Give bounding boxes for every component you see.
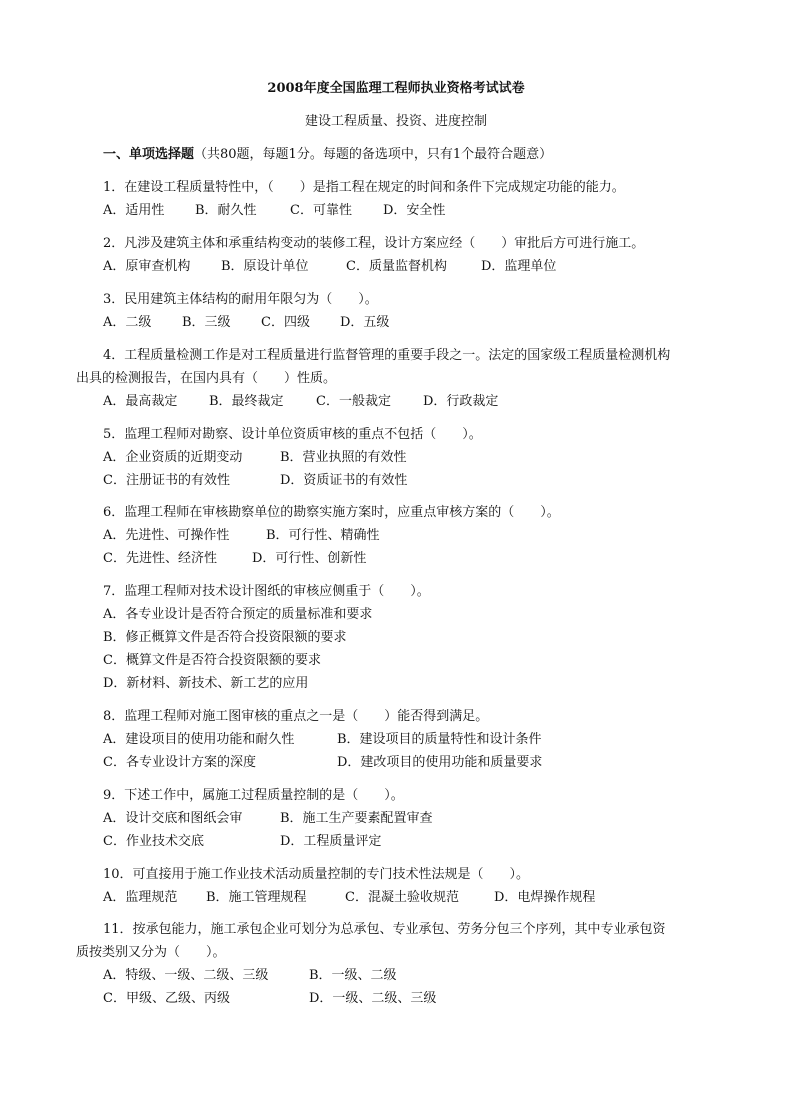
- option-c: C．先进性、经济性: [103, 551, 217, 567]
- option-c: C．四级: [261, 315, 310, 331]
- option-b: B．施工生产要素配置审查: [280, 811, 433, 827]
- question-8-stem: 8．监理工程师对施工图审核的重点之一是（ ）能否得到满足。: [103, 709, 488, 725]
- section-title: 一、单项选择题: [103, 147, 194, 162]
- option-c: C．作业技术交底: [103, 834, 204, 850]
- question-7-stem: 7．监理工程师对技术设计图纸的审核应侧重于（ ）。: [103, 584, 430, 600]
- option-a: A．适用性: [103, 203, 164, 219]
- option-a: A．先进性、可操作性: [103, 528, 229, 544]
- option-b: B．建设项目的质量特性和设计条件: [337, 732, 542, 748]
- question-1-stem: 1．在建设工程质量特性中，（ ）是指工程在规定的时间和条件下完成规定功能的能力。: [103, 180, 625, 196]
- question-11-stem-line-2: 质按类别又分为（ ）。: [76, 945, 226, 961]
- option-d: D．监理单位: [481, 259, 556, 275]
- document-page: 2008年度全国监理工程师执业资格考试试卷 建设工程质量、投资、进度控制 一、单…: [0, 0, 792, 1120]
- question-5-stem: 5．监理工程师对勘察、设计单位资质审核的重点不包括（ ）。: [103, 427, 482, 443]
- question-7-option-b: B．修正概算文件是否符合投资限额的要求: [103, 630, 347, 646]
- question-2-stem: 2．凡涉及建筑主体和承重结构变动的装修工程，设计方案应经（ ）审批后方可进行施工…: [103, 236, 644, 252]
- option-d: D．工程质量评定: [280, 834, 381, 850]
- question-10-stem: 10．可直接用于施工作业技术活动质量控制的专门技术性法规是（ ）。: [103, 867, 529, 883]
- option-b: B．施工管理规程: [206, 890, 307, 906]
- option-a: A．原审查机构: [103, 259, 190, 275]
- question-7-option-c: C．概算文件是否符合投资限额的要求: [103, 653, 321, 669]
- question-11-stem-line-1: 11．按承包能力，施工承包企业可划分为总承包、专业承包、劳务分包三个序列，其中专…: [103, 922, 666, 938]
- option-d: D．可行性、创新性: [252, 551, 366, 567]
- document-subtitle: 建设工程质量、投资、进度控制: [0, 114, 792, 130]
- option-b: B．可行性、精确性: [266, 528, 380, 544]
- option-a: A．特级、一级、二级、三级: [103, 968, 268, 984]
- option-a: A．设计交底和图纸会审: [103, 811, 242, 827]
- question-7-option-a: A．各专业设计是否符合预定的质量标准和要求: [103, 607, 372, 623]
- option-d: D．建改项目的使用功能和质量要求: [337, 755, 542, 771]
- option-b: B．一级、二级: [309, 968, 397, 984]
- option-b: B．原设计单位: [221, 259, 309, 275]
- question-6-stem: 6．监理工程师在审核勘察单位的勘察实施方案时，应重点审核方案的（ ）。: [103, 505, 560, 521]
- option-b: B．三级: [182, 315, 231, 331]
- option-d: D．电焊操作规程: [494, 890, 595, 906]
- question-7-option-d: D．新材料、新技术、新工艺的应用: [103, 676, 308, 692]
- option-c: C．可靠性: [290, 203, 352, 219]
- section-note: （共80题，每题1分。每题的备选项中，只有1个最符合题意）: [194, 147, 552, 162]
- option-c: C．注册证书的有效性: [103, 473, 230, 489]
- option-d: D．五级: [340, 315, 389, 331]
- option-b: B．最终裁定: [209, 394, 284, 410]
- option-b: B．耐久性: [195, 203, 257, 219]
- question-4-stem-line-1: 4．工程质量检测工作是对工程质量进行监督管理的重要手段之一。法定的国家级工程质量…: [103, 348, 670, 364]
- option-d: D．一级、二级、三级: [309, 991, 436, 1007]
- option-c: C．各专业设计方案的深度: [103, 755, 256, 771]
- option-a: A．二级: [103, 315, 151, 331]
- question-4-stem-line-2: 出具的检测报告，在国内具有（ ）性质。: [76, 371, 336, 387]
- option-c: C．质量监督机构: [346, 259, 447, 275]
- option-c: C．甲级、乙级、丙级: [103, 991, 230, 1007]
- option-c: C．一般裁定: [316, 394, 391, 410]
- section-heading: 一、单项选择题（共80题，每题1分。每题的备选项中，只有1个最符合题意）: [103, 147, 552, 163]
- option-b: B．营业执照的有效性: [280, 450, 407, 466]
- option-d: D．资质证书的有效性: [280, 473, 407, 489]
- question-9-stem: 9．下述工作中，属施工过程质量控制的是（ ）。: [103, 788, 404, 804]
- question-3-stem: 3．民用建筑主体结构的耐用年限匀为（ ）。: [103, 292, 378, 308]
- option-a: A．建设项目的使用功能和耐久性: [103, 732, 294, 748]
- option-a: A．监理规范: [103, 890, 177, 906]
- option-a: A．最高裁定: [103, 394, 177, 410]
- option-d: D．安全性: [383, 203, 445, 219]
- option-c: C．混凝土验收规范: [345, 890, 459, 906]
- option-d: D．行政裁定: [423, 394, 498, 410]
- document-title: 2008年度全国监理工程师执业资格考试试卷: [0, 81, 792, 97]
- option-a: A．企业资质的近期变动: [103, 450, 242, 466]
